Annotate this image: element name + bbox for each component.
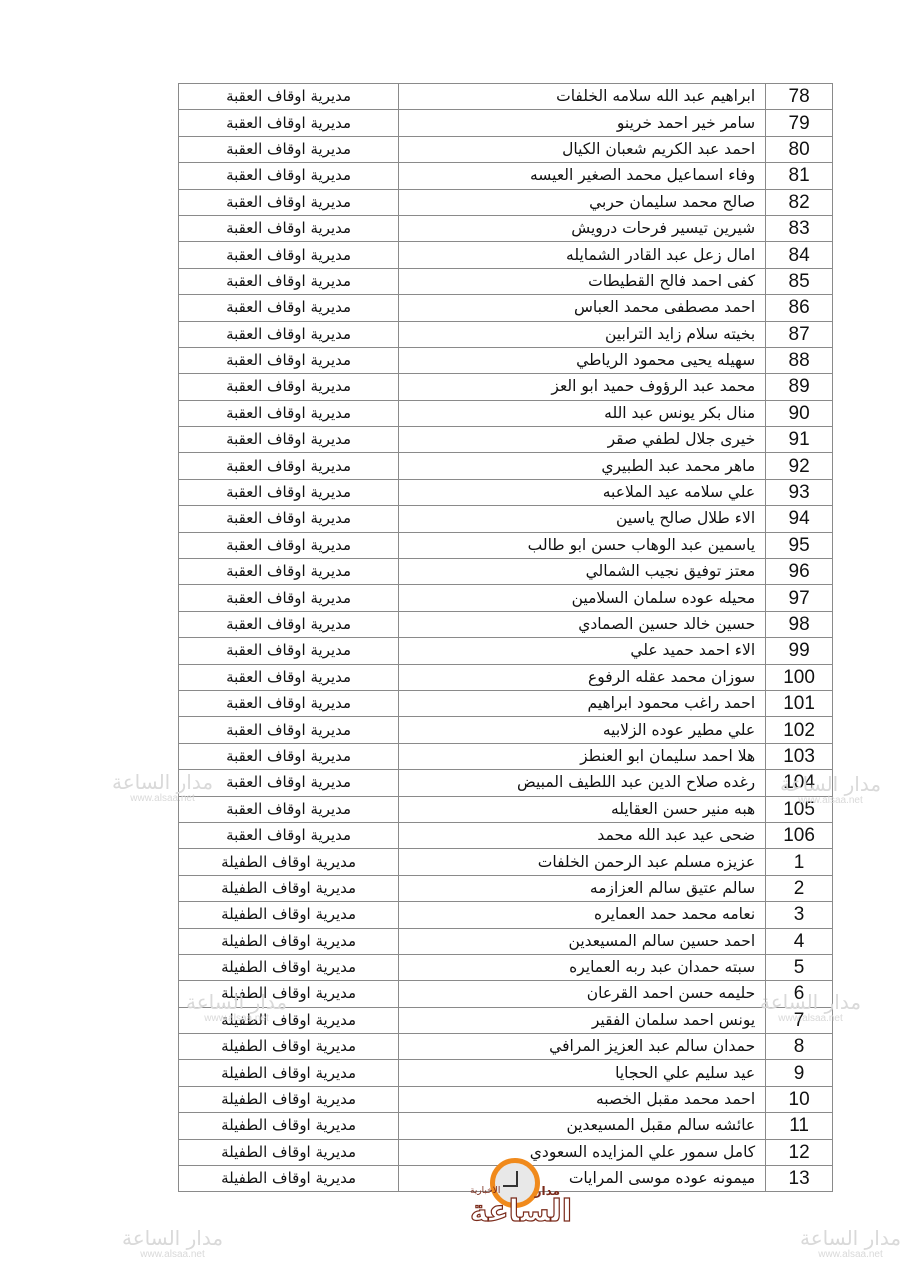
table-row: 90منال بكر يونس عبد اللهمديرية اوقاف الع… bbox=[179, 400, 833, 426]
row-number: 3 bbox=[766, 902, 833, 928]
row-directorate: مديرية اوقاف العقبة bbox=[179, 559, 399, 585]
row-name: الاء طلال صالح ياسين bbox=[399, 506, 766, 532]
row-directorate: مديرية اوقاف العقبة bbox=[179, 770, 399, 796]
row-number: 89 bbox=[766, 374, 833, 400]
table-row: 91خيرى جلال لطفي صقرمديرية اوقاف العقبة bbox=[179, 427, 833, 453]
row-directorate: مديرية اوقاف الطفيلة bbox=[179, 1034, 399, 1060]
row-number: 9 bbox=[766, 1060, 833, 1086]
table-row: 92ماهر محمد عبد الطبيريمديرية اوقاف العق… bbox=[179, 453, 833, 479]
table-row: 4احمد حسين سالم المسيعدينمديرية اوقاف ال… bbox=[179, 928, 833, 954]
watermark-text: مدار الساعة bbox=[122, 1228, 223, 1248]
table-row: 13ميمونه عوده موسى المراياتمديرية اوقاف … bbox=[179, 1166, 833, 1192]
row-number: 106 bbox=[766, 822, 833, 848]
table-row: 10احمد محمد مقبل الخصبهمديرية اوقاف الطف… bbox=[179, 1086, 833, 1112]
table-row: 6حليمه حسن احمد القرعانمديرية اوقاف الطف… bbox=[179, 981, 833, 1007]
table-row: 93علي سلامه عيد الملاعبهمديرية اوقاف الع… bbox=[179, 479, 833, 505]
row-number: 96 bbox=[766, 559, 833, 585]
row-name: الاء احمد حميد علي bbox=[399, 638, 766, 664]
row-directorate: مديرية اوقاف العقبة bbox=[179, 506, 399, 532]
row-number: 92 bbox=[766, 453, 833, 479]
table-row: 1عزيزه مسلم عبد الرحمن الخلفاتمديرية اوق… bbox=[179, 849, 833, 875]
table-row: 3نعامه محمد حمد العمايرهمديرية اوقاف الط… bbox=[179, 902, 833, 928]
row-number: 91 bbox=[766, 427, 833, 453]
table-row: 87بخيته سلام زايد الترابينمديرية اوقاف ا… bbox=[179, 321, 833, 347]
row-name: سامر خير احمد خرينو bbox=[399, 110, 766, 136]
row-name: سهيله يحيى محمود الرياطي bbox=[399, 347, 766, 373]
row-name: حمدان سالم عبد العزيز المرافي bbox=[399, 1034, 766, 1060]
row-name: كامل سمور علي المزايده السعودي bbox=[399, 1139, 766, 1165]
table-row: 12كامل سمور علي المزايده السعوديمديرية ا… bbox=[179, 1139, 833, 1165]
row-number: 100 bbox=[766, 664, 833, 690]
row-directorate: مديرية اوقاف العقبة bbox=[179, 84, 399, 110]
logo-brand: الساعة bbox=[470, 1194, 560, 1229]
table-row: 96معتز توفيق نجيب الشماليمديرية اوقاف ال… bbox=[179, 559, 833, 585]
row-directorate: مديرية اوقاف الطفيلة bbox=[179, 902, 399, 928]
row-directorate: مديرية اوقاف العقبة bbox=[179, 427, 399, 453]
row-name: احمد مصطفى محمد العباس bbox=[399, 295, 766, 321]
row-directorate: مديرية اوقاف العقبة bbox=[179, 611, 399, 637]
row-number: 86 bbox=[766, 295, 833, 321]
watermark-url: www.alsaa.net bbox=[122, 1250, 223, 1260]
row-number: 97 bbox=[766, 585, 833, 611]
row-directorate: مديرية اوقاف العقبة bbox=[179, 347, 399, 373]
table-row: 80احمد عبد الكريم شعبان الكيالمديرية اوق… bbox=[179, 136, 833, 162]
row-name: سوزان محمد عقله الرفوع bbox=[399, 664, 766, 690]
row-directorate: مديرية اوقاف العقبة bbox=[179, 374, 399, 400]
row-name: نعامه محمد حمد العمايره bbox=[399, 902, 766, 928]
row-name: ماهر محمد عبد الطبيري bbox=[399, 453, 766, 479]
row-directorate: مديرية اوقاف العقبة bbox=[179, 796, 399, 822]
row-number: 11 bbox=[766, 1113, 833, 1139]
row-number: 93 bbox=[766, 479, 833, 505]
table-row: 78ابراهيم عبد الله سلامه الخلفاتمديرية ا… bbox=[179, 84, 833, 110]
table-row: 81وفاء اسماعيل محمد الصغير العيسهمديرية … bbox=[179, 163, 833, 189]
row-number: 94 bbox=[766, 506, 833, 532]
row-directorate: مديرية اوقاف العقبة bbox=[179, 136, 399, 162]
table-row: 98حسين خالد حسين الصماديمديرية اوقاف الع… bbox=[179, 611, 833, 637]
row-directorate: مديرية اوقاف الطفيلة bbox=[179, 981, 399, 1007]
row-directorate: مديرية اوقاف العقبة bbox=[179, 743, 399, 769]
row-name: احمد راغب محمود ابراهيم bbox=[399, 690, 766, 716]
row-directorate: مديرية اوقاف الطفيلة bbox=[179, 928, 399, 954]
row-number: 79 bbox=[766, 110, 833, 136]
table-row: 83شيرين تيسير فرحات درويشمديرية اوقاف ال… bbox=[179, 215, 833, 241]
roster-table-body: 78ابراهيم عبد الله سلامه الخلفاتمديرية ا… bbox=[179, 84, 833, 1192]
row-name: ابراهيم عبد الله سلامه الخلفات bbox=[399, 84, 766, 110]
row-directorate: مديرية اوقاف العقبة bbox=[179, 215, 399, 241]
table-row: 86احمد مصطفى محمد العباسمديرية اوقاف الع… bbox=[179, 295, 833, 321]
row-name: حليمه حسن احمد القرعان bbox=[399, 981, 766, 1007]
row-number: 4 bbox=[766, 928, 833, 954]
row-number: 7 bbox=[766, 1007, 833, 1033]
row-name: شيرين تيسير فرحات درويش bbox=[399, 215, 766, 241]
row-name: احمد محمد مقبل الخصبه bbox=[399, 1086, 766, 1112]
row-name: رغده صلاح الدين عبد اللطيف المبيض bbox=[399, 770, 766, 796]
row-name: علي مطير عوده الزلابيه bbox=[399, 717, 766, 743]
table-row: 5سبته حمدان عبد ربه العمايرهمديرية اوقاف… bbox=[179, 954, 833, 980]
row-name: هلا احمد سليمان ابو العنطز bbox=[399, 743, 766, 769]
row-directorate: مديرية اوقاف العقبة bbox=[179, 321, 399, 347]
row-directorate: مديرية اوقاف العقبة bbox=[179, 110, 399, 136]
row-name: وفاء اسماعيل محمد الصغير العيسه bbox=[399, 163, 766, 189]
row-name: امال زعل عبد القادر الشمايله bbox=[399, 242, 766, 268]
row-name: ميمونه عوده موسى المرايات bbox=[399, 1166, 766, 1192]
row-directorate: مديرية اوقاف الطفيلة bbox=[179, 849, 399, 875]
row-number: 78 bbox=[766, 84, 833, 110]
table-row: 11عائشه سالم مقبل المسيعدينمديرية اوقاف … bbox=[179, 1113, 833, 1139]
row-number: 95 bbox=[766, 532, 833, 558]
row-name: ضحى عيد عبد الله محمد bbox=[399, 822, 766, 848]
table-row: 7يونس احمد سلمان الفقيرمديرية اوقاف الطف… bbox=[179, 1007, 833, 1033]
row-directorate: مديرية اوقاف العقبة bbox=[179, 638, 399, 664]
row-directorate: مديرية اوقاف الطفيلة bbox=[179, 1139, 399, 1165]
row-name: بخيته سلام زايد الترابين bbox=[399, 321, 766, 347]
row-directorate: مديرية اوقاف العقبة bbox=[179, 664, 399, 690]
row-directorate: مديرية اوقاف العقبة bbox=[179, 163, 399, 189]
row-directorate: مديرية اوقاف العقبة bbox=[179, 295, 399, 321]
row-directorate: مديرية اوقاف الطفيلة bbox=[179, 954, 399, 980]
row-directorate: مديرية اوقاف العقبة bbox=[179, 717, 399, 743]
row-number: 82 bbox=[766, 189, 833, 215]
table-row: 95ياسمين عبد الوهاب حسن ابو طالبمديرية ا… bbox=[179, 532, 833, 558]
row-directorate: مديرية اوقاف العقبة bbox=[179, 690, 399, 716]
row-number: 5 bbox=[766, 954, 833, 980]
row-name: محمد عبد الرؤوف حميد ابو العز bbox=[399, 374, 766, 400]
row-name: منال بكر يونس عبد الله bbox=[399, 400, 766, 426]
row-directorate: مديرية اوقاف العقبة bbox=[179, 585, 399, 611]
row-name: صالح محمد سليمان حربي bbox=[399, 189, 766, 215]
row-number: 102 bbox=[766, 717, 833, 743]
row-number: 105 bbox=[766, 796, 833, 822]
watermark: مدار الساعة www.alsaa.net bbox=[800, 1228, 901, 1260]
table-row: 100سوزان محمد عقله الرفوعمديرية اوقاف ال… bbox=[179, 664, 833, 690]
watermark-text: مدار الساعة bbox=[800, 1228, 901, 1248]
row-name: هبه منير حسن العقايله bbox=[399, 796, 766, 822]
table-row: 99الاء احمد حميد عليمديرية اوقاف العقبة bbox=[179, 638, 833, 664]
row-name: محيله عوده سلمان السلامين bbox=[399, 585, 766, 611]
row-directorate: مديرية اوقاف العقبة bbox=[179, 822, 399, 848]
table-row: 106ضحى عيد عبد الله محمدمديرية اوقاف الع… bbox=[179, 822, 833, 848]
row-directorate: مديرية اوقاف الطفيلة bbox=[179, 1113, 399, 1139]
row-name: كفى احمد فالح القطيطات bbox=[399, 268, 766, 294]
row-directorate: مديرية اوقاف العقبة bbox=[179, 189, 399, 215]
row-directorate: مديرية اوقاف الطفيلة bbox=[179, 1007, 399, 1033]
row-number: 85 bbox=[766, 268, 833, 294]
table-row: 84امال زعل عبد القادر الشمايلهمديرية اوق… bbox=[179, 242, 833, 268]
row-directorate: مديرية اوقاف الطفيلة bbox=[179, 1060, 399, 1086]
row-number: 8 bbox=[766, 1034, 833, 1060]
row-name: عزيزه مسلم عبد الرحمن الخلفات bbox=[399, 849, 766, 875]
row-number: 104 bbox=[766, 770, 833, 796]
row-number: 12 bbox=[766, 1139, 833, 1165]
row-name: علي سلامه عيد الملاعبه bbox=[399, 479, 766, 505]
row-number: 2 bbox=[766, 875, 833, 901]
table-row: 8حمدان سالم عبد العزيز المرافيمديرية اوق… bbox=[179, 1034, 833, 1060]
document-page: 78ابراهيم عبد الله سلامه الخلفاتمديرية ا… bbox=[0, 0, 904, 1280]
roster-table: 78ابراهيم عبد الله سلامه الخلفاتمديرية ا… bbox=[178, 83, 833, 1192]
row-number: 84 bbox=[766, 242, 833, 268]
row-directorate: مديرية اوقاف العقبة bbox=[179, 400, 399, 426]
table-row: 89محمد عبد الرؤوف حميد ابو العزمديرية او… bbox=[179, 374, 833, 400]
table-row: 88سهيله يحيى محمود الرياطيمديرية اوقاف ا… bbox=[179, 347, 833, 373]
row-name: يونس احمد سلمان الفقير bbox=[399, 1007, 766, 1033]
row-number: 99 bbox=[766, 638, 833, 664]
row-name: احمد عبد الكريم شعبان الكيال bbox=[399, 136, 766, 162]
row-directorate: مديرية اوقاف العقبة bbox=[179, 532, 399, 558]
row-number: 101 bbox=[766, 690, 833, 716]
row-number: 10 bbox=[766, 1086, 833, 1112]
watermark: مدار الساعة www.alsaa.net bbox=[122, 1228, 223, 1260]
table-row: 94الاء طلال صالح ياسينمديرية اوقاف العقب… bbox=[179, 506, 833, 532]
row-directorate: مديرية اوقاف العقبة bbox=[179, 242, 399, 268]
table-row: 102علي مطير عوده الزلابيهمديرية اوقاف ال… bbox=[179, 717, 833, 743]
watermark-url: www.alsaa.net bbox=[800, 1250, 901, 1260]
row-number: 98 bbox=[766, 611, 833, 637]
row-number: 6 bbox=[766, 981, 833, 1007]
row-name: خيرى جلال لطفي صقر bbox=[399, 427, 766, 453]
row-directorate: مديرية اوقاف الطفيلة bbox=[179, 1166, 399, 1192]
table-row: 9عيد سليم علي الحجايامديرية اوقاف الطفيل… bbox=[179, 1060, 833, 1086]
row-name: عيد سليم علي الحجايا bbox=[399, 1060, 766, 1086]
row-number: 13 bbox=[766, 1166, 833, 1192]
row-name: معتز توفيق نجيب الشمالي bbox=[399, 559, 766, 585]
table-row: 104رغده صلاح الدين عبد اللطيف المبيضمدير… bbox=[179, 770, 833, 796]
row-number: 87 bbox=[766, 321, 833, 347]
table-row: 79سامر خير احمد خرينومديرية اوقاف العقبة bbox=[179, 110, 833, 136]
row-name: حسين خالد حسين الصمادي bbox=[399, 611, 766, 637]
table-row: 103هلا احمد سليمان ابو العنطزمديرية اوقا… bbox=[179, 743, 833, 769]
table-row: 101احمد راغب محمود ابراهيممديرية اوقاف ا… bbox=[179, 690, 833, 716]
table-row: 97محيله عوده سلمان السلامينمديرية اوقاف … bbox=[179, 585, 833, 611]
row-number: 81 bbox=[766, 163, 833, 189]
row-number: 90 bbox=[766, 400, 833, 426]
row-number: 1 bbox=[766, 849, 833, 875]
row-directorate: مديرية اوقاف الطفيلة bbox=[179, 875, 399, 901]
row-directorate: مديرية اوقاف العقبة bbox=[179, 479, 399, 505]
table-row: 2سالم عتيق سالم العزازمهمديرية اوقاف الط… bbox=[179, 875, 833, 901]
row-number: 88 bbox=[766, 347, 833, 373]
row-directorate: مديرية اوقاف العقبة bbox=[179, 453, 399, 479]
row-name: عائشه سالم مقبل المسيعدين bbox=[399, 1113, 766, 1139]
row-name: احمد حسين سالم المسيعدين bbox=[399, 928, 766, 954]
row-directorate: مديرية اوقاف العقبة bbox=[179, 268, 399, 294]
row-number: 80 bbox=[766, 136, 833, 162]
row-name: سالم عتيق سالم العزازمه bbox=[399, 875, 766, 901]
table-row: 82صالح محمد سليمان حربيمديرية اوقاف العق… bbox=[179, 189, 833, 215]
row-number: 83 bbox=[766, 215, 833, 241]
row-name: سبته حمدان عبد ربه العمايره bbox=[399, 954, 766, 980]
table-row: 85كفى احمد فالح القطيطاتمديرية اوقاف الع… bbox=[179, 268, 833, 294]
table-row: 105هبه منير حسن العقايلهمديرية اوقاف الع… bbox=[179, 796, 833, 822]
row-number: 103 bbox=[766, 743, 833, 769]
row-directorate: مديرية اوقاف الطفيلة bbox=[179, 1086, 399, 1112]
row-name: ياسمين عبد الوهاب حسن ابو طالب bbox=[399, 532, 766, 558]
